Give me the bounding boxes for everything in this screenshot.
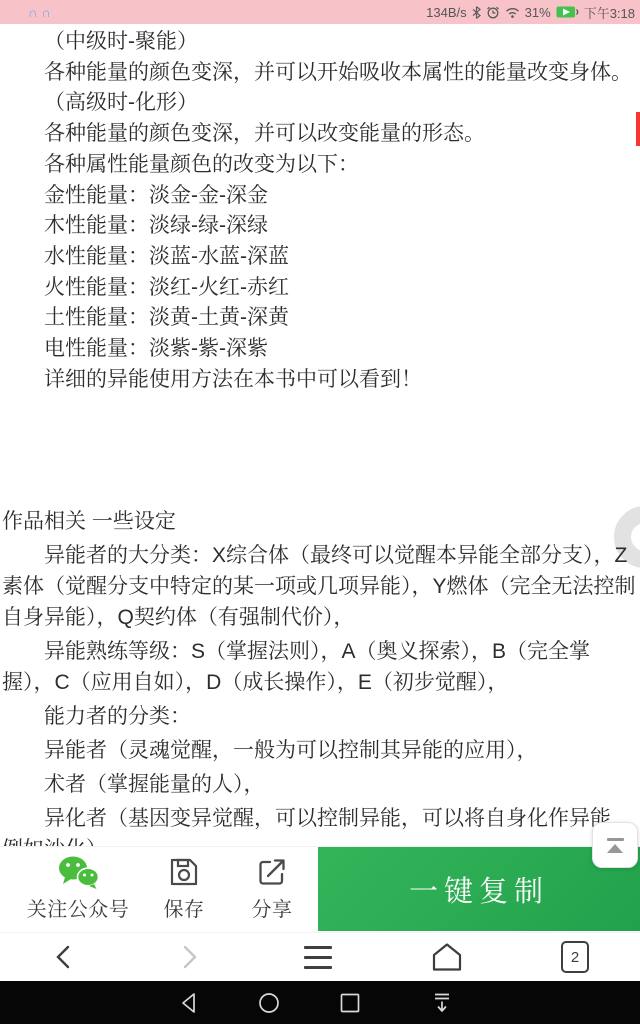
battery-charging-icon bbox=[556, 6, 579, 18]
clock-time: 下午3:18 bbox=[584, 3, 635, 22]
back-to-top-icon bbox=[607, 844, 623, 853]
scrollbar-indicator bbox=[636, 112, 640, 146]
back-to-top-button[interactable] bbox=[592, 822, 638, 868]
text-line: （高级时-化形） bbox=[0, 88, 640, 119]
text-line: 土性能量：淡黄-土黄-深黄 bbox=[0, 303, 640, 334]
tabs-count-icon: 2 bbox=[561, 941, 589, 973]
text-paragraph: 异能熟练等级：S（掌握法则），A（奥义探索），B（完全掌握），C（应用自如），D… bbox=[2, 636, 638, 698]
android-nav-bar bbox=[0, 981, 640, 1024]
share-label: 分享 bbox=[252, 893, 293, 922]
share-icon bbox=[257, 853, 287, 891]
text-line: 电性能量：淡紫-紫-深紫 bbox=[0, 334, 640, 365]
tab-count: 2 bbox=[571, 949, 579, 966]
reading-text-section-1: （中级时-聚能） 各种能量的颜色变深，并可以开始吸收本属性的能量改变身体。 （高… bbox=[0, 27, 640, 395]
text-line: 各种能量的颜色变深，并可以开始吸收本属性的能量改变身体。 bbox=[0, 58, 640, 89]
status-bar: ∩ ∩ 134B/s 31% 下午3:18 bbox=[0, 0, 640, 24]
reading-text-section-2: 作品相关 一些设定 异能者的大分类：X综合体（最终可以觉醒本异能全部分支），Z素… bbox=[2, 506, 638, 868]
save-floppy-icon bbox=[168, 853, 200, 891]
notification-arc-icon: ∩ bbox=[28, 6, 37, 19]
android-home-button[interactable] bbox=[247, 981, 291, 1024]
wechat-icon bbox=[55, 853, 101, 891]
alarm-icon bbox=[486, 6, 500, 19]
text-line: 金性能量：淡金-金-深金 bbox=[0, 181, 640, 212]
follow-wechat-button[interactable]: 关注公众号 bbox=[14, 853, 142, 927]
hide-navbar-icon bbox=[433, 993, 451, 1013]
browser-tabs-button[interactable]: 2 bbox=[553, 933, 597, 981]
back-chevron-icon bbox=[54, 944, 72, 970]
save-label: 保存 bbox=[164, 893, 205, 922]
home-circle-icon bbox=[258, 992, 280, 1014]
browser-nav-bar: 2 bbox=[0, 932, 640, 981]
android-hide-navbar-button[interactable] bbox=[420, 981, 464, 1024]
screen: ∩ ∩ 134B/s 31% 下午3:18 （中级时-聚能） 各种能量的颜色变深… bbox=[0, 0, 640, 1024]
bluetooth-icon bbox=[472, 6, 481, 19]
forward-chevron-icon bbox=[181, 944, 199, 970]
browser-back-button[interactable] bbox=[41, 933, 85, 981]
text-line: （中级时-聚能） bbox=[0, 27, 640, 58]
text-paragraph: 能力者的分类： bbox=[2, 701, 638, 732]
wifi-icon bbox=[505, 7, 520, 18]
follow-wechat-label: 关注公众号 bbox=[27, 893, 130, 922]
browser-menu-button[interactable] bbox=[296, 933, 340, 981]
recents-square-icon bbox=[340, 993, 360, 1013]
save-button[interactable]: 保存 bbox=[150, 853, 218, 927]
text-line: 水性能量：淡蓝-水蓝-深蓝 bbox=[0, 242, 640, 273]
home-icon bbox=[429, 942, 465, 972]
section-heading: 作品相关 一些设定 bbox=[2, 506, 638, 537]
back-triangle-icon bbox=[180, 992, 197, 1014]
notification-arc-icon: ∩ bbox=[41, 6, 50, 19]
text-paragraph: 术者（掌握能量的人）， bbox=[2, 769, 638, 800]
share-button[interactable]: 分享 bbox=[238, 853, 306, 927]
browser-home-button[interactable] bbox=[425, 933, 469, 981]
text-line: 详细的异能使用方法在本书中可以看到！ bbox=[0, 365, 640, 396]
android-back-button[interactable] bbox=[166, 981, 210, 1024]
text-line: 木性能量：淡绿-绿-深绿 bbox=[0, 211, 640, 242]
back-to-top-icon bbox=[607, 838, 624, 841]
text-line: 火性能量：淡红-火红-赤红 bbox=[0, 273, 640, 304]
status-left-icons: ∩ ∩ bbox=[28, 6, 51, 19]
battery-percent: 31% bbox=[525, 5, 551, 20]
bottom-toolbar: 关注公众号 保存 分享 一键复制 bbox=[0, 846, 640, 932]
text-paragraph: 异能者的大分类：X综合体（最终可以觉醒本异能全部分支），Z素体（觉醒分支中特定的… bbox=[2, 540, 638, 633]
menu-hamburger-icon bbox=[304, 946, 332, 969]
text-line: 各种能量的颜色变深，并可以改变能量的形态。 bbox=[0, 119, 640, 150]
browser-forward-button[interactable] bbox=[168, 933, 212, 981]
text-line: 各种属性能量颜色的改变为以下： bbox=[0, 150, 640, 181]
status-right-cluster: 134B/s 31% 下午3:18 bbox=[426, 3, 635, 22]
android-recents-button[interactable] bbox=[328, 981, 372, 1024]
net-speed: 134B/s bbox=[426, 5, 466, 20]
text-paragraph: 异能者（灵魂觉醒，一般为可以控制其异能的应用）， bbox=[2, 735, 638, 766]
